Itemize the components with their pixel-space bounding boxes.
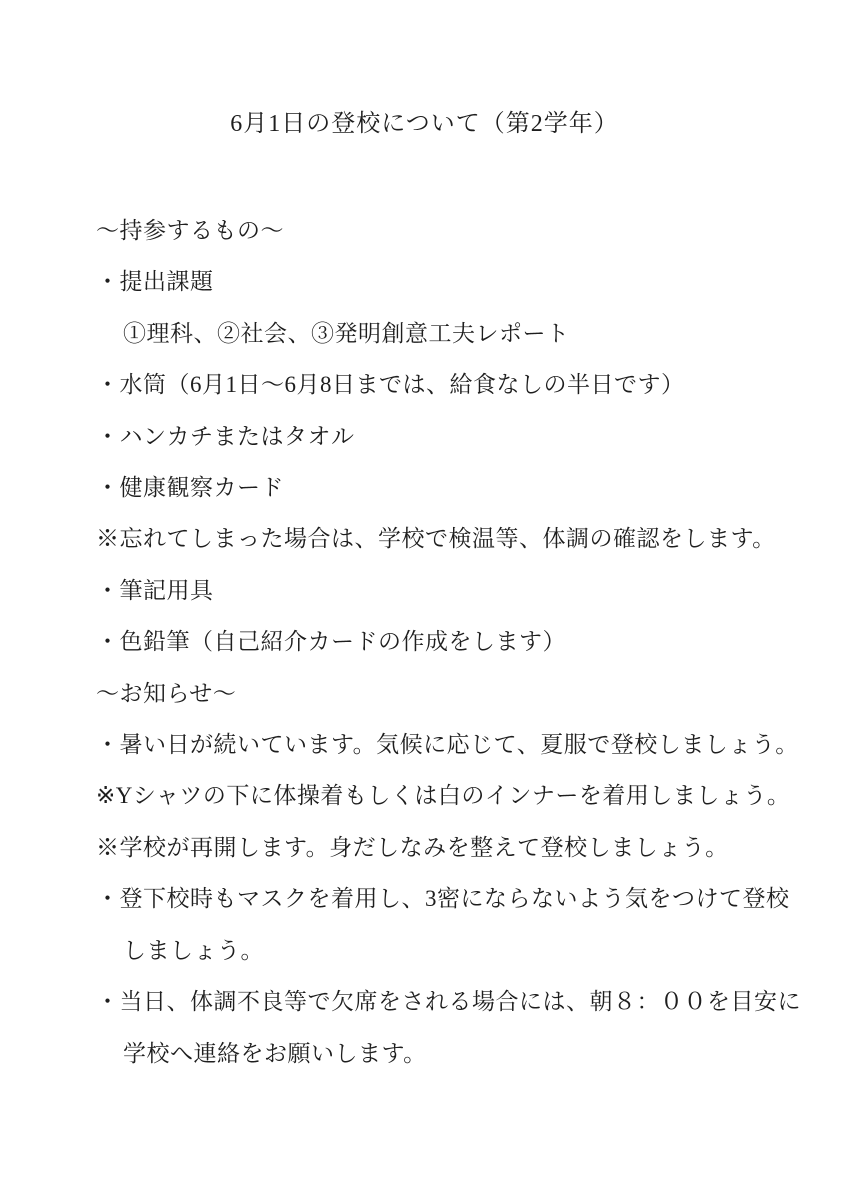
text-line-note: ※Yシャツの下に体操着もしくは白のインナーを着用しましょう。 [0, 770, 849, 821]
text-line-bullet: ・当日、体調不良等で欠席をされる場合には、朝８：００を目安に [0, 976, 849, 1027]
document-page: 6月1日の登校について（第2学年） ～持参するもの～・提出課題①理科、②社会、③… [0, 0, 849, 1200]
text-line-bullet: ・ハンカチまたはタオル [0, 411, 849, 462]
text-line-header: ～お知らせ～ [0, 668, 849, 719]
text-line-bullet: ・健康観察カード [0, 462, 849, 513]
text-line-bullet: ・水筒（6月1日～6月8日までは、給食なしの半日です） [0, 359, 849, 410]
text-line-indent: しましょう。 [0, 925, 849, 976]
text-line-note: ※忘れてしまった場合は、学校で検温等、体調の確認をします。 [0, 513, 849, 564]
text-line-header: ～持参するもの～ [0, 205, 849, 256]
document-title: 6月1日の登校について（第2学年） [0, 103, 849, 138]
text-line-indent: ①理科、②社会、③発明創意工夫レポート [0, 308, 849, 359]
text-line-bullet: ・筆記用具 [0, 565, 849, 616]
text-line-bullet: ・登下校時もマスクを着用し、3密にならないよう気をつけて登校 [0, 873, 849, 924]
text-line-bullet: ・色鉛筆（自己紹介カードの作成をします） [0, 616, 849, 667]
text-line-note: ※学校が再開します。身だしなみを整えて登校しましょう。 [0, 822, 849, 873]
text-line-bullet: ・暑い日が続いています。気候に応じて、夏服で登校しましょう。 [0, 719, 849, 770]
document-body: ～持参するもの～・提出課題①理科、②社会、③発明創意工夫レポート・水筒（6月1日… [0, 205, 849, 1079]
text-line-bullet: ・提出課題 [0, 256, 849, 307]
text-line-indent: 学校へ連絡をお願いします。 [0, 1028, 849, 1079]
